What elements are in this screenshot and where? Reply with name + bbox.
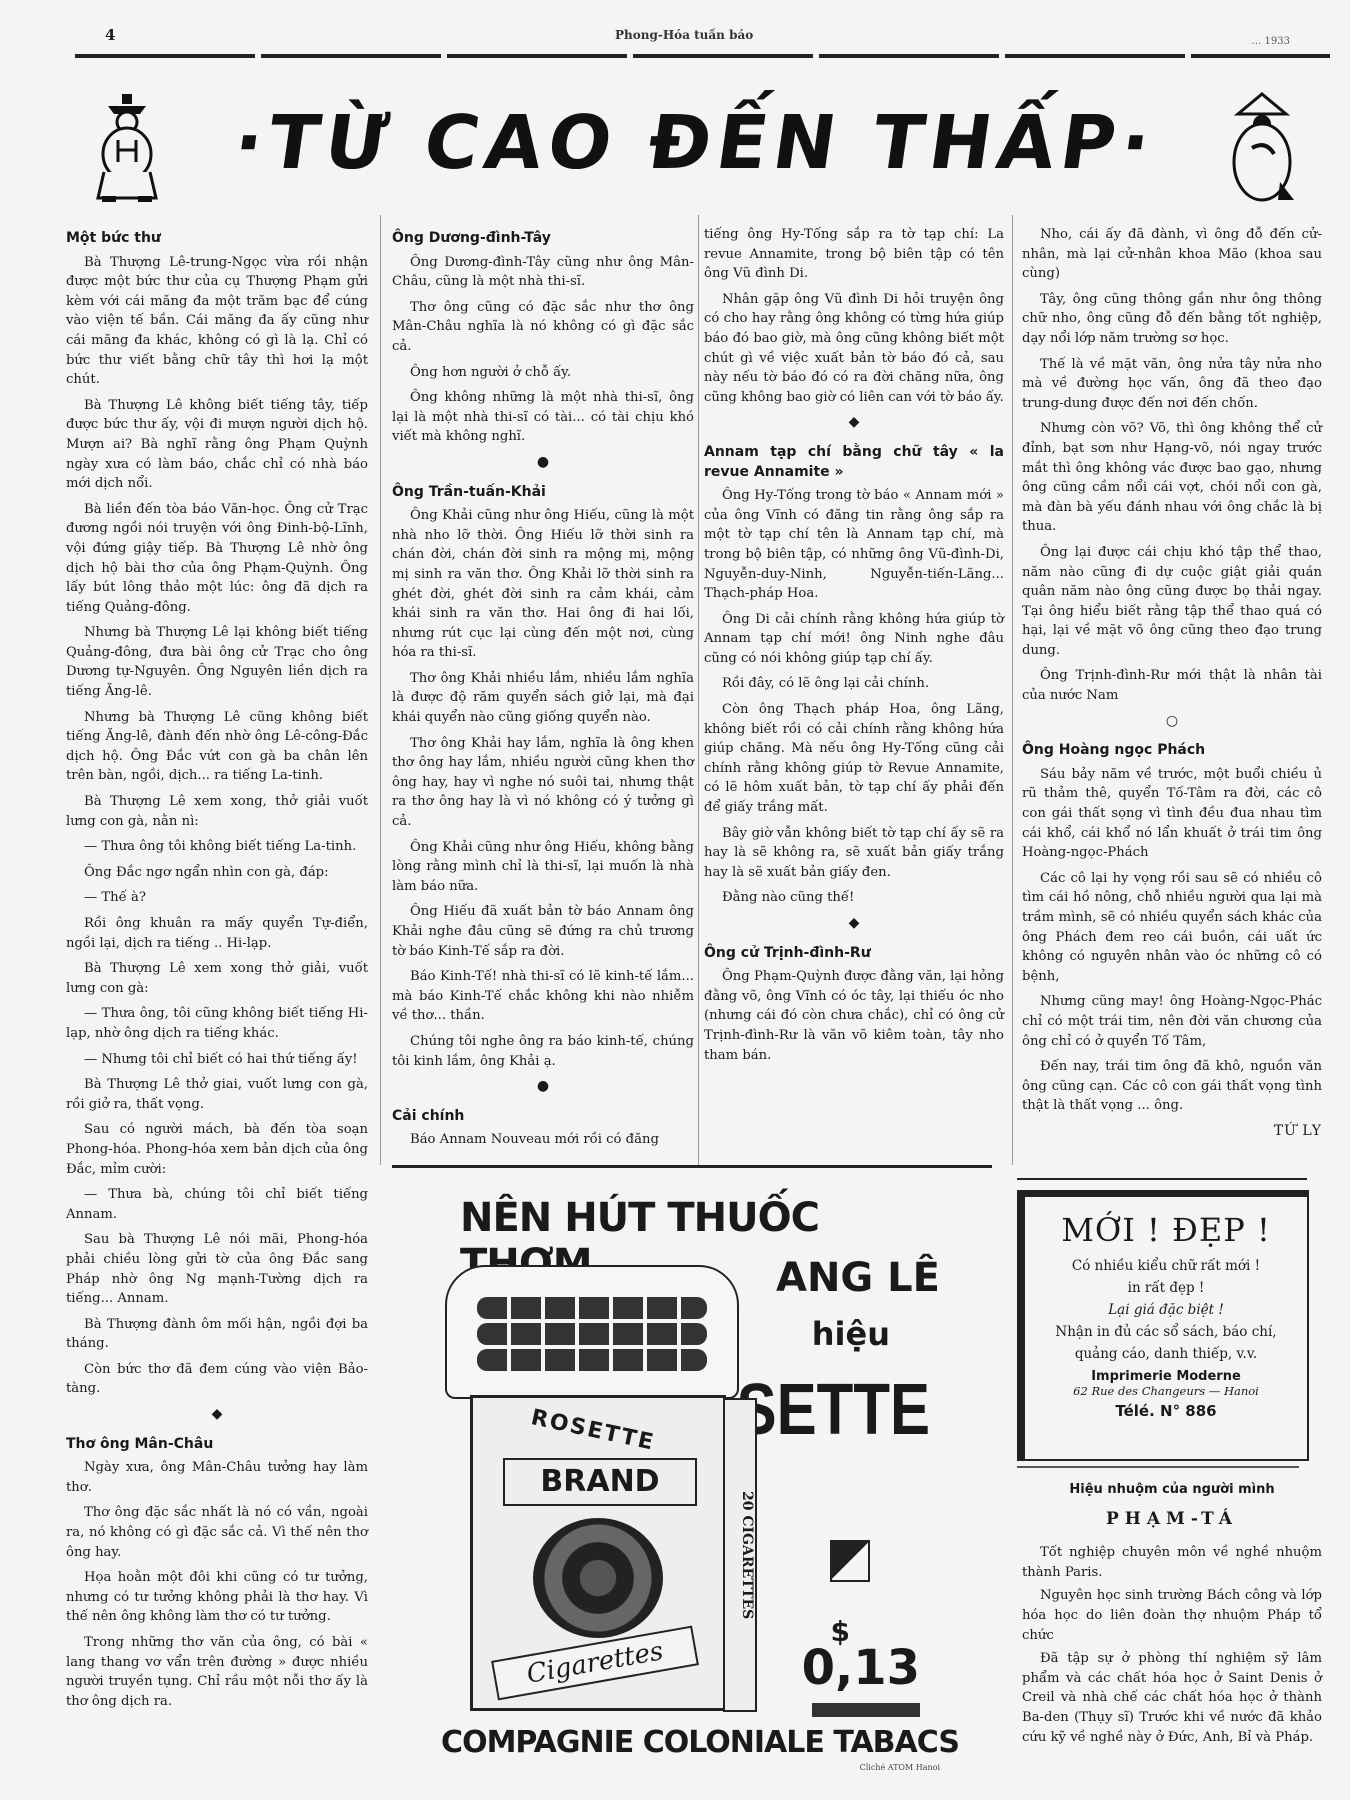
paragraph: Sau có người mách, bà đến tòa soạn Phong… [66,1120,368,1179]
printer-ad: MỚI ! ĐẸP ! Có nhiều kiểu chữ rất mới ! … [1017,1190,1309,1461]
rose-icon [533,1518,663,1638]
circle-separator-icon: ○ [1022,712,1322,732]
section-rule [392,1165,992,1168]
mandarin-figure-icon [88,92,168,204]
paragraph: Ông Dương-đình-Tây cũng như ông Mân-Châu… [392,253,694,292]
article-title: Ông Dương-đình-Tây [392,229,694,249]
paragraph: — Thưa ông, tôi cũng không biết tiếng Hi… [66,1004,368,1043]
paragraph: Thơ ông Khải hay lắm, nghĩa là ông khen … [392,734,694,832]
printer-address: 62 Rue des Changeurs — Hanoi [1025,1384,1307,1398]
author-signature: TỨ LY [1022,1122,1322,1142]
article-title: Cải chính [392,1107,694,1127]
paragraph: Đã tập sự ở phòng thí nghiệm sỹ lâm phẩm… [1022,1649,1322,1747]
paragraph: Rồi đây, có lẽ ông lại cải chính. [704,674,1004,694]
ad-line: in rất đẹp ! [1025,1277,1307,1299]
paragraph: Thơ ông đặc sắc nhất là nó có vần, ngoài… [66,1503,368,1562]
paragraph: Ông Khải cũng như ông Hiếu, không bằng l… [392,838,694,897]
paragraph: Ngày xưa, ông Mân-Châu tưởng hay làm thơ… [66,1458,368,1497]
column-divider [698,215,699,1165]
dot-separator-icon: ● [392,453,694,473]
paragraph: Còn ông Thạch pháp Hoa, ông Lãng, không … [704,700,1004,818]
pack-label: ROSETTE [493,1397,694,1463]
paragraph: Ông không những là một nhà thi-sĩ, ông l… [392,388,694,447]
paragraph: Nho, cái ấy đã đành, vì ông đỗ đến cử-nh… [1022,225,1322,284]
paragraph: Thơ ông cũng có đặc sắc như thơ ông Mân-… [392,298,694,357]
printer-company: Imprimerie Moderne [1025,1369,1307,1384]
paragraph: Bà Thượng Lê-trung-Ngọc vừa rồi nhận đượ… [66,253,368,390]
pack-side: 20 CIGARETTES [723,1398,757,1712]
paragraph: tiếng ông Hy-Tống sắp ra tờ tạp chí: La … [704,225,1004,284]
paragraph: Ông lại được cái chịu khó tập thể thao, … [1022,543,1322,661]
cigarette-pack-top-icon [445,1265,739,1399]
ad-brand-label: hiệu [812,1315,890,1353]
article-title: Ông Hoàng ngọc Phách [1022,741,1322,761]
ad-business-name: PHẠM-TÁ [1022,1510,1322,1530]
article-title: Một bức thư [66,229,368,249]
column-2: Ông Dương-đình-Tây Ông Dương-đình-Tây cũ… [392,225,694,1156]
paragraph: Thế là về mặt văn, ông nửa tây nửa nho m… [1022,355,1322,414]
paragraph: Ông Hy-Tống trong tờ báo « Annam mới » c… [704,486,1004,604]
dot-separator-icon: ● [392,1077,694,1097]
dyer-ad: Hiệu nhuộm của người mình PHẠM-TÁ Tốt ng… [1022,1480,1322,1751]
masthead-title: ·TỪ CAO ĐẾN THẤP· [184,100,1206,186]
page-number: 4 [105,26,115,44]
paragraph: Nhưng bà Thượng Lê cũng không biết tiếng… [66,708,368,786]
paragraph: Ông Trịnh-đình-Rư mới thật là nhân tài c… [1022,666,1322,705]
ad-line: Có nhiều kiểu chữ rất mới ! [1025,1255,1307,1277]
paragraph: Ông Phạm-Quỳnh được đằng văn, lại hỏng đ… [704,967,1004,1065]
paragraph: Bà liền đến tòa báo Văn-học. Ông cử Trạc… [66,500,368,618]
flag-icon [830,1540,870,1582]
paragraph: Nhưng cũng may! ông Hoàng-Ngọc-Phác chỉ … [1022,992,1322,1051]
paragraph: Nhưng còn võ? Võ, thì ông không thể cử đ… [1022,419,1322,537]
paragraph: Họa hoằn một đôi khi cũng có tư tưởng, n… [66,1568,368,1627]
company-name: COMPAGNIE COLONIALE TABACS [440,1725,960,1760]
printer-phone: Télé. N° 886 [1025,1402,1307,1420]
column-4: Nho, cái ấy đã đành, vì ông đỗ đến cử-nh… [1022,225,1322,1142]
paragraph: Chúng tôi nghe ông ra báo kinh-tế, chúng… [392,1032,694,1071]
paragraph: Bà Thượng Lê thở giai, vuốt lưng con gà,… [66,1075,368,1114]
paragraph: Bà Thượng Lê xem xong, thở giải vuốt lưn… [66,792,368,831]
paragraph: — Thưa ông tôi không biết tiếng La-tinh. [66,837,368,857]
paragraph: Sáu bảy năm về trước, một buổi chiều ủ r… [1022,765,1322,863]
paragraph: Tây, ông cũng thông gần như ông thông ch… [1022,290,1322,349]
peasant-figure-icon [1222,92,1302,204]
column-divider [1012,215,1013,1165]
paragraph: Nguyên học sinh trường Bách công và lớp … [1022,1586,1322,1645]
ad-rule [1017,1466,1299,1468]
paragraph: Ông Hiếu đã xuất bản tờ báo Annam ông Kh… [392,902,694,961]
paragraph: Báo Kinh-Tế! nhà thi-sĩ có lẽ kinh-tế lắ… [392,967,694,1026]
ad-subheadline: ANG LÊ [776,1255,940,1301]
paragraph: Còn bức thơ đã đem cúng vào viện Bảo-tàn… [66,1360,368,1399]
price-underline [812,1703,920,1717]
paragraph: Nhân gặp ông Vũ đình Di hỏi truyện ông c… [704,290,1004,408]
masthead: ·TỪ CAO ĐẾN THẤP· [80,80,1310,210]
price: 0,13 [802,1640,920,1696]
ad-line: Nhận in đủ các sổ sách, báo chí, quảng c… [1025,1321,1307,1365]
rosette-cigarette-ad: NÊN HÚT THUỐC THƠM ANG LÊ hiệu ROSETTE R… [440,1185,960,1785]
paragraph: — Nhưng tôi chỉ biết có hai thứ tiếng ấy… [66,1050,368,1070]
paragraph: Thơ ông Khải nhiều lắm, nhiều lắm nghĩa … [392,669,694,728]
paragraph: — Thế à? [66,888,368,908]
paragraph: Bà Thượng Lê xem xong thở giải, vuốt lưn… [66,959,368,998]
cliche-credit: Cliché ATOM Hanoi [860,1763,940,1772]
paragraph: Ông Khải cũng như ông Hiếu, cũng là một … [392,506,694,663]
diamond-separator-icon: ◆ [704,914,1004,934]
ad-tagline: Hiệu nhuộm của người mình [1022,1480,1322,1500]
paragraph: Các cô lại hy vọng rồi sau sẽ có nhiều c… [1022,869,1322,987]
header-rule [75,54,1330,58]
column-1: Một bức thư Bà Thượng Lê-trung-Ngọc vừa … [66,225,368,1717]
paragraph: Trong những thơ văn của ông, có bài « la… [66,1633,368,1711]
paragraph: Bây giờ vẫn không biết tờ tạp chí ấy sẽ … [704,824,1004,883]
paragraph: Sau bà Thượng Lê nói mãi, Phong-hóa phải… [66,1230,368,1308]
paper-name: Phong-Hóa tuần báo [615,28,753,42]
column-divider [380,215,381,1165]
paragraph: Ông Di cải chính rằng không hứa giúp tờ … [704,610,1004,669]
diamond-separator-icon: ◆ [66,1405,368,1425]
paragraph: Ông hơn người ở chỗ ấy. [392,363,694,383]
issue-date: … 1933 [1251,36,1290,47]
paragraph: Bà Thượng đành ôm mối hận, ngồi đợi ba t… [66,1315,368,1354]
article-title: Thơ ông Mân-Châu [66,1435,368,1455]
paragraph: Nhưng bà Thượng Lê lại không biết tiếng … [66,623,368,701]
article-title: Ông cử Trịnh-đình-Rư [704,944,1004,964]
paragraph: Báo Annam Nouveau mới rồi có đăng [392,1130,694,1150]
column-3: tiếng ông Hy-Tống sắp ra tờ tạp chí: La … [704,225,1004,1071]
diamond-separator-icon: ◆ [704,413,1004,433]
ad-headline: MỚI ! ĐẸP ! [1025,1211,1307,1249]
paragraph: Tốt nghiệp chuyên môn về nghề nhuộm thàn… [1022,1543,1322,1582]
paragraph: Đằng nào cũng thế! [704,888,1004,908]
newspaper-page: 4 Phong-Hóa tuần báo … 1933 ·TỪ CAO ĐẾN … [0,0,1350,1800]
cigarette-pack-icon: ROSETTE BRAND Cigarettes 20 CIGARETTES [470,1395,726,1711]
paragraph: Đến nay, trái tim ông đã khô, nguồn văn … [1022,1057,1322,1116]
section-rule [1017,1178,1307,1180]
paragraph: — Thưa bà, chúng tôi chỉ biết tiếng Anna… [66,1185,368,1224]
pack-brand: BRAND [503,1458,697,1506]
paragraph: Rồi ông khuân ra mấy quyển Tự-điển, ngồi… [66,914,368,953]
paragraph: Bà Thượng Lê không biết tiếng tây, tiếp … [66,396,368,494]
article-title: Ông Trần-tuấn-Khải [392,483,694,503]
ad-line: Lại giá đặc biệt ! [1025,1299,1307,1321]
paragraph: Ông Đắc ngơ ngẩn nhìn con gà, đáp: [66,863,368,883]
article-title: Annam tạp chí bằng chữ tây « la revue An… [704,443,1004,482]
